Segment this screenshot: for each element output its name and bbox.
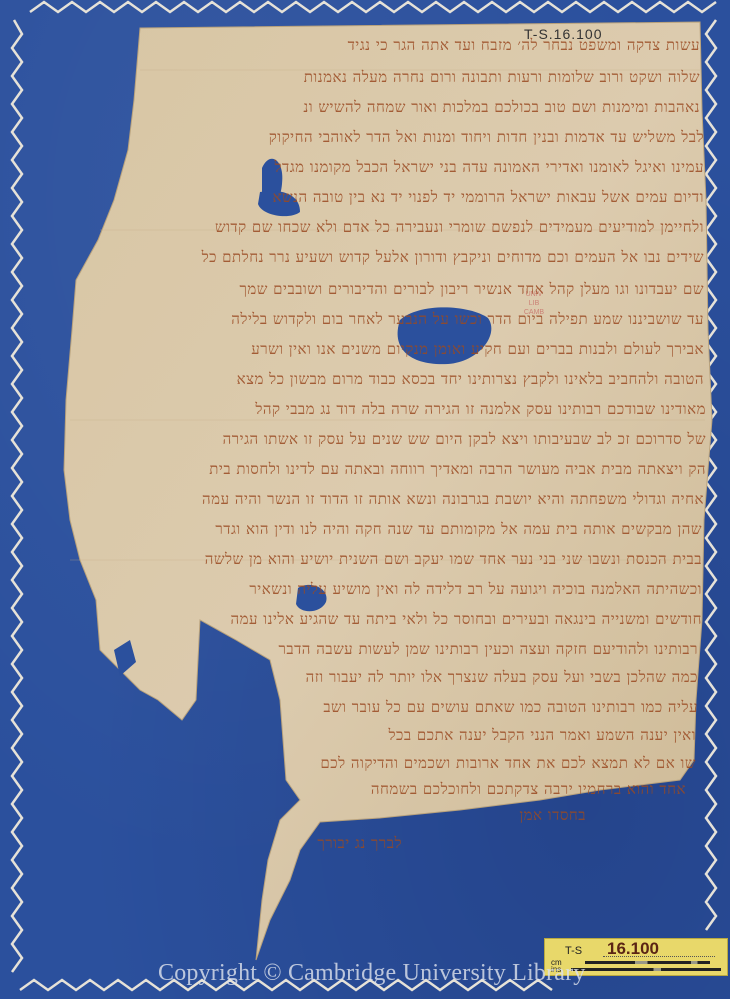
copyright-watermark: Copyright © Cambridge University Library [158,960,586,987]
text-line: אחיה וגדולי משפחתה והיא יושבת בגרבונה ונ… [68,490,704,509]
text-line: לברך נג יבורך [282,834,402,853]
label-dotted-line [603,956,715,957]
text-line: שם יעבדונו וגו מעלן קהל אחד אנשיר ריבון … [84,280,704,299]
label-prefix: T-S [565,945,582,957]
text-line: בבית הכנסת ונשבו שני בני נער אחד שמו יעק… [72,550,702,569]
text-line: עשות צדקה ומשפט נבחר לה׳ מזבח ועד אתה הג… [140,36,700,55]
text-line: שלוה ושקט ורוב שלומות ורעות ותבונה ורום … [140,68,700,87]
text-line: שו אם לא תמצא לכם את אחד ארובות ושכמים ו… [280,754,696,773]
library-stamp: UNIV LIB CAMB [520,290,548,317]
text-line: שידים נבו אל העמים וכם מדוחים וניקבץ ודו… [100,248,704,267]
inch-scale-bar [571,968,721,971]
text-line: עד שושביננו שמע תפילה ביום הדר וכשו על ה… [78,310,704,329]
text-line: נאהבות ומימנות ושם טוב בכולכם במלכות ואו… [138,98,700,117]
text-line: של סדרוכם זכ לב שבעיבותו ויצא לבקן היום … [68,430,706,449]
text-line: עמינו ואיגל לאומנו ואדירי האמונה עדה בני… [130,158,704,177]
text-line: ודיום עמים אשל עבאות ישראל הרוממי יד לפנ… [120,188,704,207]
text-line: שהן מבקשים אותה בית עמה אל מקומותם עד שנ… [70,520,702,539]
text-line: וכשהיתה האלמנה בוכיה ויגועה על רב דלידה … [76,580,702,599]
text-line: חודשים ומשנייה בינגאה ובעירים ובחוסר כל … [82,610,702,629]
text-line: עליה כמו רבותינו הטובה כמו שאתם עושים עם… [120,698,698,717]
text-line: מאודינו שבודכם רבותינו עסק אלמנה זו הגיר… [70,400,706,419]
text-line: הק ויצאתה מבית אביה מעושר הרבה ומאדיך רו… [68,460,706,479]
text-line: אחד והוא ברחמיו ירבה צדקתכם ולחוכלכם בשמ… [286,780,686,799]
text-line: ולחיימן למודיעים מעמידים לנפשם שומרי ונע… [112,218,704,237]
text-line: לבל משליש עד אדמות ובנין חדות ויחוד ומנו… [132,128,704,147]
text-line: כמה שהלכן בשבי ועל עסק בעלה שנצרך אלו יו… [110,668,698,687]
cm-scale-bar [585,961,710,964]
text-line: ואין יענה השמע ואמר הנני הקבל יענה אתכם … [240,726,696,745]
text-line: רבותינו ולהודיעם חזקה ועצה וכעין רבותינו… [92,640,698,659]
text-line: בחסדו אמן [286,806,586,825]
text-line: אבירך לעולם ולבנות בברים ועם חקיע ואומן … [74,340,704,359]
text-line: הטובה ולהחביב בלאינו ולקבץ נצרותינו יחד … [72,370,704,389]
